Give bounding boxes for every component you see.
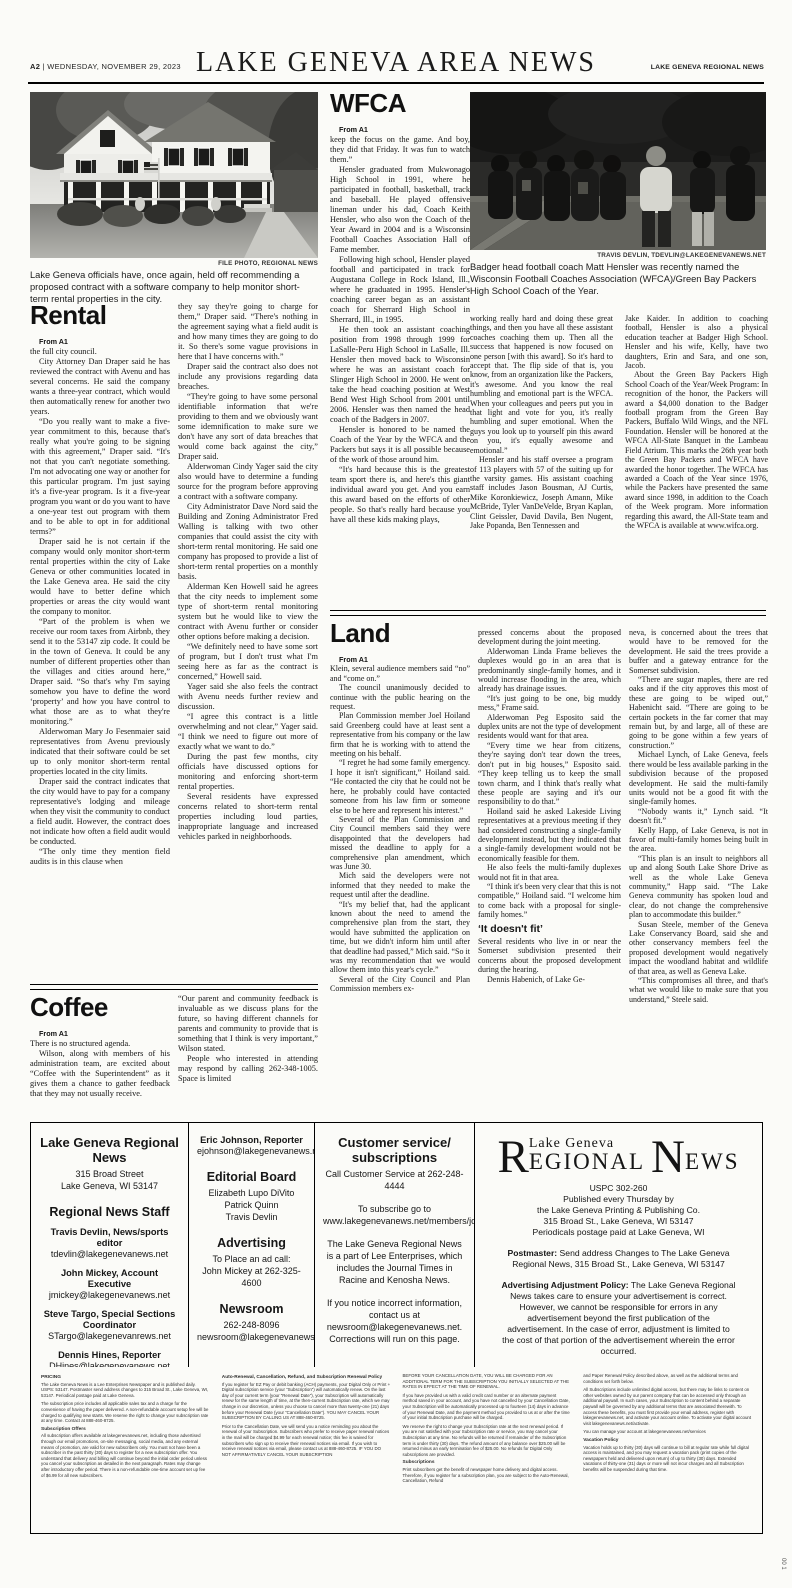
text-column: neva, is concerned about the trees that …: [629, 628, 768, 1118]
logo-stack: Lake Geneva EGIONAL: [529, 1137, 645, 1174]
text-column: Jake Kaider. In addition to coaching foo…: [625, 314, 768, 608]
paragraph: The subscription price includes all appl…: [41, 1401, 210, 1423]
paragraph: “It's just going to be one, big muddy me…: [478, 694, 621, 713]
newspaper-page: A2 | WEDNESDAY, NOVEMBER 29, 2023 LAKE G…: [0, 0, 792, 1588]
paragraph: BEFORE YOUR CANCELLATION DATE, YOU WILL …: [403, 1373, 572, 1390]
staff-name: Dennis Hines, Reporter: [39, 1350, 180, 1361]
text-column: Coffee From A1 There is no structured ag…: [30, 994, 170, 1118]
paragraph: pressed concerns about the proposed deve…: [478, 628, 621, 647]
staff-entry: Steve Targo, Special Sections Coordinato…: [39, 1309, 180, 1342]
masthead-columns: Lake Geneva Regional News 315 Broad Stre…: [31, 1123, 762, 1367]
paragraph: USPC 302-260: [483, 1183, 754, 1194]
logo-letter-r: R: [497, 1137, 528, 1177]
text-column: they say they're going to charge for the…: [178, 302, 318, 982]
text-column: pressed concerns about the proposed deve…: [478, 628, 621, 1118]
text-column: “Our parent and community feedback is in…: [178, 994, 318, 1118]
recycle-note: The newspaper is printed in part on recy…: [493, 1365, 744, 1367]
section-title: LAKE GENEVA AREA NEWS: [0, 47, 792, 79]
column-text: Several residents who live in or near th…: [478, 937, 621, 984]
paragraph: You can manage your account at lakegenev…: [583, 1429, 752, 1435]
paragraph: Following high school, Hensler played fo…: [330, 255, 470, 325]
paragraph: All Subscriptions include unlimited digi…: [583, 1387, 752, 1426]
paragraph: He then took an assistant coaching posit…: [330, 325, 470, 425]
paragraph: the full city council.: [30, 347, 170, 357]
article-land-col2: pressed concerns about the proposed deve…: [478, 628, 621, 1118]
paragraph: To subscribe go to www.lakegenevanews.ne…: [323, 1203, 466, 1227]
postmaster-note: Postmaster: Send address Changes to The …: [501, 1248, 736, 1270]
paragraph: Elizabeth Lupo DiVito: [197, 1187, 306, 1199]
staff-email: STargo@lakegenevanrews.net: [39, 1331, 180, 1342]
paragraph: “There are sugar maples, there are red o…: [629, 675, 768, 750]
paragraph: Kelly Happ, of Lake Geneva, is not in fa…: [629, 826, 768, 854]
paragraph: City Attorney Dan Draper said he has rev…: [30, 357, 170, 417]
paragraph: He also feels the multi-family duplexes …: [478, 863, 621, 882]
paragraph: There is no structured agenda.: [30, 1039, 170, 1049]
article-wfca: WFCA From A1 keep the focus on the game.…: [330, 90, 470, 606]
paragraph: Klein, several audience members said “no…: [330, 664, 470, 683]
postmaster-label: Postmaster:: [508, 1248, 558, 1258]
fine-print-column: and Paper Renewal Policy described above…: [583, 1373, 752, 1487]
paragraph: Call Customer Service at 262-248-4444: [323, 1168, 466, 1192]
paragraph: the Lake Geneva Printing & Publishing Co…: [483, 1205, 754, 1216]
column-text: There is no structured agenda.Wilson, al…: [30, 1039, 170, 1099]
paragraph: To Place an ad call:: [197, 1253, 306, 1265]
paragraph: Hensler is honored to be named the Coach…: [330, 425, 470, 465]
editorial-board-heading: Editorial Board: [197, 1170, 306, 1184]
staff-name: Steve Targo, Special Sections Coordinato…: [39, 1309, 180, 1331]
paragraph: We reserve the right to change your Subs…: [403, 1424, 572, 1458]
photo-caption: Badger head football coach Matt Hensler …: [470, 261, 766, 297]
house-photo: [30, 92, 318, 258]
publication-name: LAKE GENEVA REGIONAL NEWS: [651, 64, 764, 71]
logo-egional: EGIONAL: [529, 1150, 645, 1174]
column-text: Klein, several audience members said “no…: [330, 664, 470, 993]
column-text: the full city council.City Attorney Dan …: [30, 347, 170, 867]
adv-policy-text: The Lake Geneva Regional News takes care…: [502, 1280, 735, 1356]
advertising-lines: To Place an ad call:John Mickey at 262-3…: [197, 1253, 306, 1289]
paragraph: “Do you really want to make a five-year …: [30, 417, 170, 537]
staff-entry: Travis Devlin, News/sports editor tdevli…: [39, 1227, 180, 1260]
article-rental: Rental From A1 the full city council.Cit…: [30, 302, 320, 982]
paragraph: Yager said she also feels the contract w…: [178, 682, 318, 712]
paragraph: If you have provided us with a valid cre…: [403, 1393, 572, 1421]
fineprint-heading: Subscriptions: [403, 1460, 572, 1466]
paragraph: newsroom@lakegenevanews.net: [197, 1331, 306, 1343]
paragraph: The Lake Geneva Regional News is a part …: [323, 1238, 466, 1286]
paragraph: “Every time we hear from citizens, they'…: [478, 741, 621, 807]
logo-news: N EWS: [651, 1137, 740, 1177]
continuation-kicker: From A1: [330, 125, 470, 135]
text-column: Rental From A1 the full city council.Cit…: [30, 302, 170, 982]
paragraph: “This plan is an insult to neighbors all…: [629, 854, 768, 920]
paragraph: During the past few months, city officia…: [178, 752, 318, 792]
photo-credit: TRAVIS DEVLIN, TDEVLIN@LAKEGENEVANEWS.NE…: [470, 252, 766, 259]
paragraph: Alderwoman Peg Esposito said the duplex …: [478, 713, 621, 741]
logo-ews: EWS: [685, 1150, 740, 1174]
staff-email: ejohnson@lakegenevanews.net: [197, 1146, 306, 1157]
paragraph: Vacation holds up to thirty (30) days wi…: [583, 1445, 752, 1473]
paragraph: neva, is concerned about the trees that …: [629, 628, 768, 675]
masthead-contacts-column: Eric Johnson, Reporter ejohnson@lakegene…: [189, 1123, 315, 1367]
paragraph: “It's my belief that, had the applicant …: [330, 900, 470, 975]
paragraph: “They're going to have some personal ide…: [178, 392, 318, 462]
paragraph: Alderman Ken Howell said he agrees that …: [178, 582, 318, 642]
paragraph: “Nobody wants it,” Lynch said. “It doesn…: [629, 807, 768, 826]
text-column: Land From A1 Klein, several audience mem…: [330, 620, 470, 1120]
paragraph: Draper said the contract also does not i…: [178, 362, 318, 392]
paragraph: Hensler graduated from Mukwonago High Sc…: [330, 165, 470, 255]
paragraph: Alderwoman Linda Frame believes the dupl…: [478, 647, 621, 694]
staff-name: John Mickey, Account Executive: [39, 1268, 180, 1290]
advertising-heading: Advertising: [197, 1236, 306, 1250]
paragraph: John Mickey at 262-325-4600: [197, 1265, 306, 1289]
football-photo: [470, 92, 766, 250]
fineprint-heading: Subscription Offers: [41, 1427, 210, 1433]
staff-email: tdevlin@lakegenevanews.net: [39, 1249, 180, 1260]
continuation-kicker: From A1: [30, 337, 170, 347]
photo-caption: Lake Geneva officials have, once again, …: [30, 269, 318, 305]
newsroom-heading: Newsroom: [197, 1302, 306, 1316]
staff-email: DHines@lakegenevanews.net: [39, 1361, 180, 1367]
masthead-paper-name: Lake Geneva Regional News: [39, 1135, 180, 1165]
paragraph: Several residents have expressed concern…: [178, 792, 318, 842]
paragraph: Wilson, along with members of his admini…: [30, 1049, 170, 1099]
paragraph: The council unanimously decided to conti…: [330, 683, 470, 711]
paragraph: “We definitely need to have some sort of…: [178, 642, 318, 682]
article-land: Land From A1 Klein, several audience mem…: [330, 620, 470, 1120]
article-coffee: Coffee From A1 There is no structured ag…: [30, 994, 320, 1118]
paragraph: Several residents who live in or near th…: [478, 937, 621, 975]
paragraph: “It's hard because this is the greatest …: [330, 465, 470, 525]
fineprint-heading: Auto-Renewal, Cancellation, Refund, and …: [222, 1375, 391, 1381]
paragraph: Plan Commission member Joel Hoiland said…: [330, 711, 470, 758]
paragraph: Travis Devlin: [197, 1211, 306, 1223]
article-headline: Coffee: [30, 994, 170, 1020]
paragraph: Mich said the developers were not inform…: [330, 871, 470, 899]
paragraph: “I regret he had some family emergency. …: [330, 758, 470, 814]
staff-entry: Dennis Hines, Reporter DHines@lakegeneva…: [39, 1350, 180, 1367]
paragraph: “The only time they mention field audits…: [30, 847, 170, 867]
house-photo-illustration: [30, 92, 318, 258]
advertising-adjustment-policy: Advertising Adjustment Policy: The Lake …: [501, 1280, 736, 1357]
text-column: working really hard and doing these grea…: [470, 314, 613, 608]
header-rule: [28, 82, 764, 84]
paragraph: Dennis Habenich, of Lake Ge-: [478, 975, 621, 984]
football-photo-illustration: [470, 92, 766, 250]
fine-print: PRICINGThe Lake Geneva News is a Lee Ent…: [31, 1367, 762, 1495]
section-divider: [30, 984, 318, 990]
column-text: pressed concerns about the proposed deve…: [478, 628, 621, 920]
fine-print-column: PRICINGThe Lake Geneva News is a Lee Ent…: [41, 1373, 210, 1487]
logo-letter-n: N: [651, 1137, 685, 1177]
section-divider: [330, 610, 766, 616]
paragraph: 315 Broad St., Lake Geneva, WI 53147: [483, 1216, 754, 1227]
staff-name: Travis Devlin, News/sports editor: [39, 1227, 180, 1249]
paragraph: Michael Lynch, of Lake Geneva, feels the…: [629, 750, 768, 806]
paragraph: working really hard and doing these grea…: [470, 314, 613, 455]
paragraph: Print subscribers get the benefit of new…: [403, 1467, 572, 1484]
fine-print-column: BEFORE YOUR CANCELLATION DATE, YOU WILL …: [403, 1373, 572, 1487]
column-text: keep the focus on the game. And boy, the…: [330, 135, 470, 525]
paragraph: Periodicals postage paid at Lake Geneva,…: [483, 1227, 754, 1238]
paragraph: keep the focus on the game. And boy, the…: [330, 135, 470, 165]
masthead-box: Lake Geneva Regional News 315 Broad Stre…: [30, 1122, 763, 1534]
regional-news-logo: R Lake Geneva EGIONAL N EWS: [483, 1137, 754, 1177]
paragraph: If you notice incorrect information, con…: [323, 1297, 466, 1345]
paragraph: Draper said he is not certain if the com…: [30, 537, 170, 617]
paragraph: Several of the City Council and Plan Com…: [330, 975, 470, 994]
paragraph: Patrick Quinn: [197, 1199, 306, 1211]
paragraph: Published every Thursday by: [483, 1194, 754, 1205]
editorial-board-list: Elizabeth Lupo DiVitoPatrick QuinnTravis…: [197, 1187, 306, 1223]
paragraph: Susan Steele, member of the Geneva Lake …: [629, 920, 768, 976]
staff-email: jmickey@lakegenevanews.net: [39, 1290, 180, 1301]
paragraph: City Administrator Dave Nord said the Bu…: [178, 502, 318, 582]
paragraph: All subscription offers available at lak…: [41, 1433, 210, 1478]
paragraph: “Part of the problem is when we receive …: [30, 617, 170, 727]
text-column: WFCA From A1 keep the focus on the game.…: [330, 90, 470, 606]
subhead: ‘It doesn't fit’: [478, 925, 621, 934]
fineprint-heading: PRICING: [41, 1375, 210, 1381]
paragraph: Several of the Plan Commission and City …: [330, 815, 470, 871]
paragraph: The Lake Geneva News is a Lee Enterprise…: [41, 1382, 210, 1399]
paragraph: Hensler and his staff oversee a program …: [470, 455, 613, 530]
masthead-publication-column: R Lake Geneva EGIONAL N EWS USPC 302-260…: [475, 1123, 762, 1367]
staff-heading: Regional News Staff: [39, 1205, 180, 1219]
publication-lines: USPC 302-260Published every Thursday byt…: [483, 1183, 754, 1238]
article-headline: Land: [330, 620, 470, 646]
paragraph: “Our parent and community feedback is in…: [178, 994, 318, 1054]
paragraph: 262-248-8096: [197, 1319, 306, 1331]
newsroom-lines: 262-248-8096newsroom@lakegenevanews.net: [197, 1319, 306, 1343]
continuation-kicker: From A1: [330, 655, 470, 664]
masthead-office-column: Lake Geneva Regional News 315 Broad Stre…: [31, 1123, 189, 1367]
adv-policy-label: Advertising Adjustment Policy:: [501, 1280, 628, 1290]
fineprint-heading: Vacation Policy: [583, 1438, 752, 1444]
paragraph: Draper said the contract indicates that …: [30, 777, 170, 847]
paragraph: Alderwoman Cindy Yager said the city als…: [178, 462, 318, 502]
paragraph: Prior to the Cancellation Date, we will …: [222, 1424, 391, 1458]
paragraph: and Paper Renewal Policy described above…: [583, 1373, 752, 1384]
masthead-address: 315 Broad Street: [39, 1168, 180, 1180]
staff-name: Eric Johnson, Reporter: [197, 1135, 306, 1146]
paragraph: they say they're going to charge for the…: [178, 302, 318, 362]
paragraph: People who interested in attending may r…: [178, 1054, 318, 1084]
paragraph: “I think it's been very clear that this …: [478, 882, 621, 920]
paragraph: “I agree this contract is a little overw…: [178, 712, 318, 752]
paragraph: Jake Kaider. In addition to coaching foo…: [625, 314, 768, 370]
masthead-customer-service-column: Customer service/ subscriptions Call Cus…: [315, 1123, 475, 1367]
press-mark: 00 1: [780, 1558, 786, 1570]
article-wfca-continued: working really hard and doing these grea…: [470, 314, 768, 608]
paragraph: If you register for EZ Pay or debit bank…: [222, 1382, 391, 1421]
article-headline: Rental: [30, 302, 170, 328]
customer-service-text: Call Customer Service at 262-248-4444To …: [323, 1168, 466, 1345]
paragraph: Alderwoman Mary Jo Fesenmaier said repre…: [30, 727, 170, 777]
article-headline: WFCA: [330, 90, 470, 116]
continuation-kicker: From A1: [30, 1029, 170, 1039]
article-land-col3: neva, is concerned about the trees that …: [629, 628, 768, 1118]
staff-entry: John Mickey, Account Executive jmickey@l…: [39, 1268, 180, 1301]
masthead-address: Lake Geneva, WI 53147: [39, 1180, 180, 1192]
paragraph: “This compromises all three, and that's …: [629, 976, 768, 1004]
customer-service-heading: Customer service/ subscriptions: [323, 1135, 466, 1165]
paragraph: Hoiland said he asked Lakeside Living re…: [478, 807, 621, 863]
paragraph: About the Green Bay Packers High School …: [625, 370, 768, 530]
fine-print-column: Auto-Renewal, Cancellation, Refund, and …: [222, 1373, 391, 1487]
photo-credit: FILE PHOTO, REGIONAL NEWS: [30, 260, 318, 267]
